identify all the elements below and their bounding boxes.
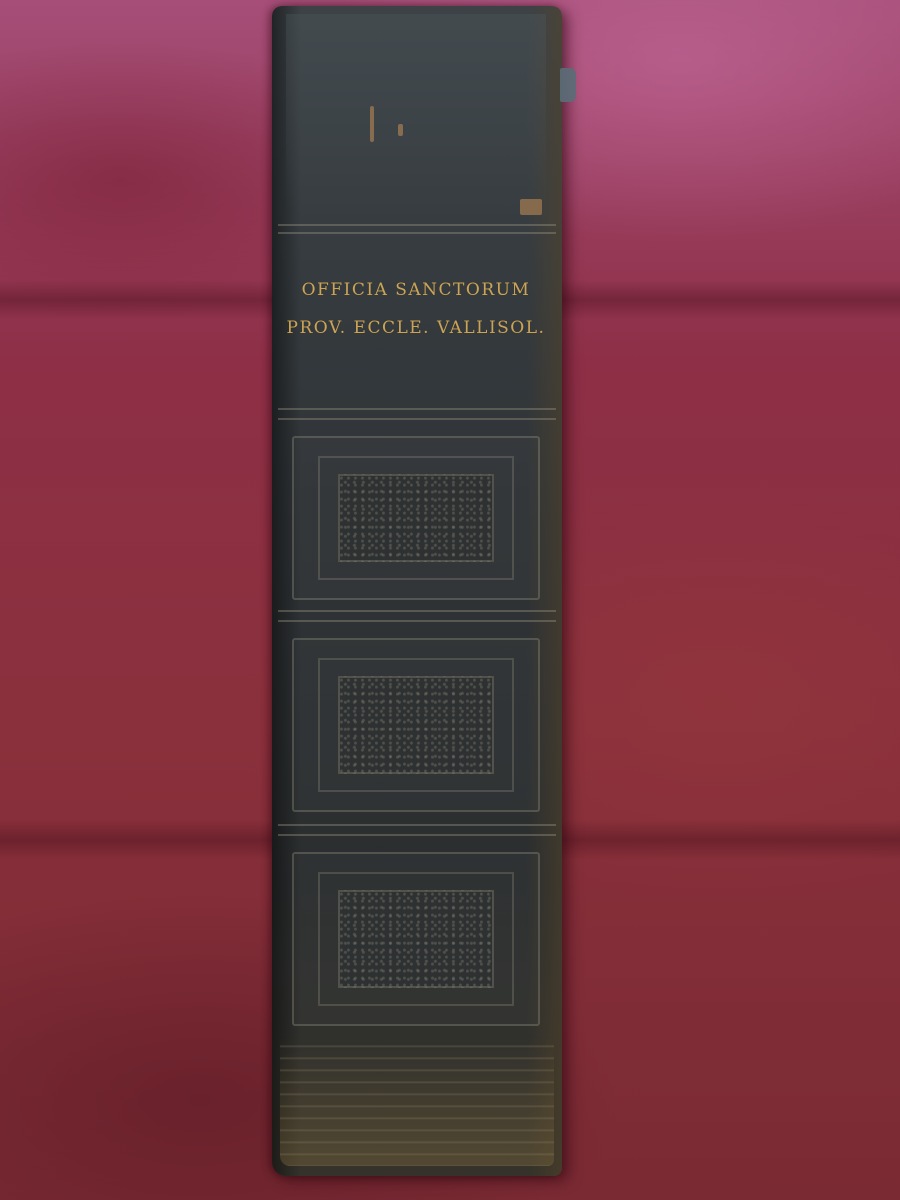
- raised-band: [278, 834, 556, 836]
- panel-center: [338, 676, 494, 774]
- raised-band: [278, 418, 556, 420]
- scuff-mark: [520, 199, 542, 215]
- panel-center: [338, 890, 494, 988]
- raised-band: [278, 408, 556, 410]
- book-spine: OFFICIA SANCTORUM PROV. ECCLE. VALLISOL.: [272, 6, 562, 1176]
- spine-top-panel: [286, 14, 546, 214]
- raised-band: [278, 224, 556, 226]
- scuff-mark: [370, 106, 374, 142]
- raised-band: [278, 232, 556, 234]
- scuff-mark: [398, 124, 403, 136]
- tooled-panel-2: [292, 638, 540, 812]
- torn-tab: [560, 68, 576, 102]
- tooled-panel-3: [292, 852, 540, 1026]
- raised-band: [278, 620, 556, 622]
- title-line-2: PROV. ECCLE. VALLISOL.: [282, 318, 550, 338]
- raised-band: [278, 824, 556, 826]
- tooled-panel-1: [292, 436, 540, 600]
- spine-base-ribbing: [280, 1036, 554, 1166]
- panel-center: [338, 474, 494, 562]
- raised-band: [278, 610, 556, 612]
- title-line-1: OFFICIA SANCTORUM: [282, 280, 550, 300]
- title-label: OFFICIA SANCTORUM PROV. ECCLE. VALLISOL.: [282, 266, 550, 406]
